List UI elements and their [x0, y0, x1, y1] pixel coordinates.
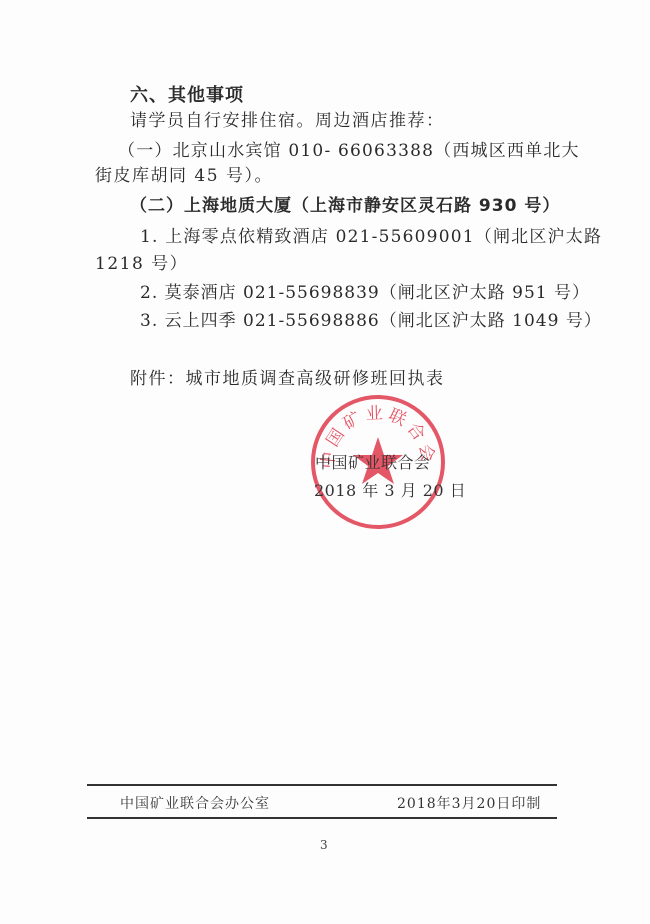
page-number: 3: [320, 838, 328, 852]
hotel-beijing-line2: 街皮库胡同 45 号）。: [95, 165, 273, 187]
hotel-item-2: 2. 莫泰酒店 021-55698839（闸北区沪太路 951 号）: [140, 282, 590, 304]
section-heading: 六、其他事项: [130, 85, 244, 107]
signature-org: 中国矿业联合会: [315, 452, 431, 474]
hotel-beijing-line1: （一）北京山水宾馆 010- 66063388（西城区西单北大: [118, 140, 580, 162]
hotel-item-3: 3. 云上四季 021-55698886（闸北区沪太路 1049 号）: [140, 310, 602, 332]
intro-text: 请学员自行安排住宿。周边酒店推荐：: [130, 110, 445, 132]
footer-bottom-rule: [87, 817, 557, 819]
hotel-item-1-line2: 1218 号）: [95, 253, 188, 275]
footer-issuer: 中国矿业联合会办公室: [120, 795, 270, 813]
hotel-shanghai-heading: （二）上海地质大厦（上海市静安区灵石路 930 号）: [130, 195, 560, 217]
signature-date: 2018 年 3 月 20 日: [314, 480, 466, 502]
document-page: 六、其他事项 请学员自行安排住宿。周边酒店推荐： （一）北京山水宾馆 010- …: [0, 0, 650, 924]
hotel-item-1-line1: 1. 上海零点依精致酒店 021-55609001（闸北区沪太路: [140, 226, 602, 248]
footer-top-rule: [87, 784, 557, 786]
footer-print-date: 2018年3月20日印制: [397, 795, 541, 813]
attachment-note: 附件：城市地质调查高级研修班回执表: [130, 368, 445, 390]
